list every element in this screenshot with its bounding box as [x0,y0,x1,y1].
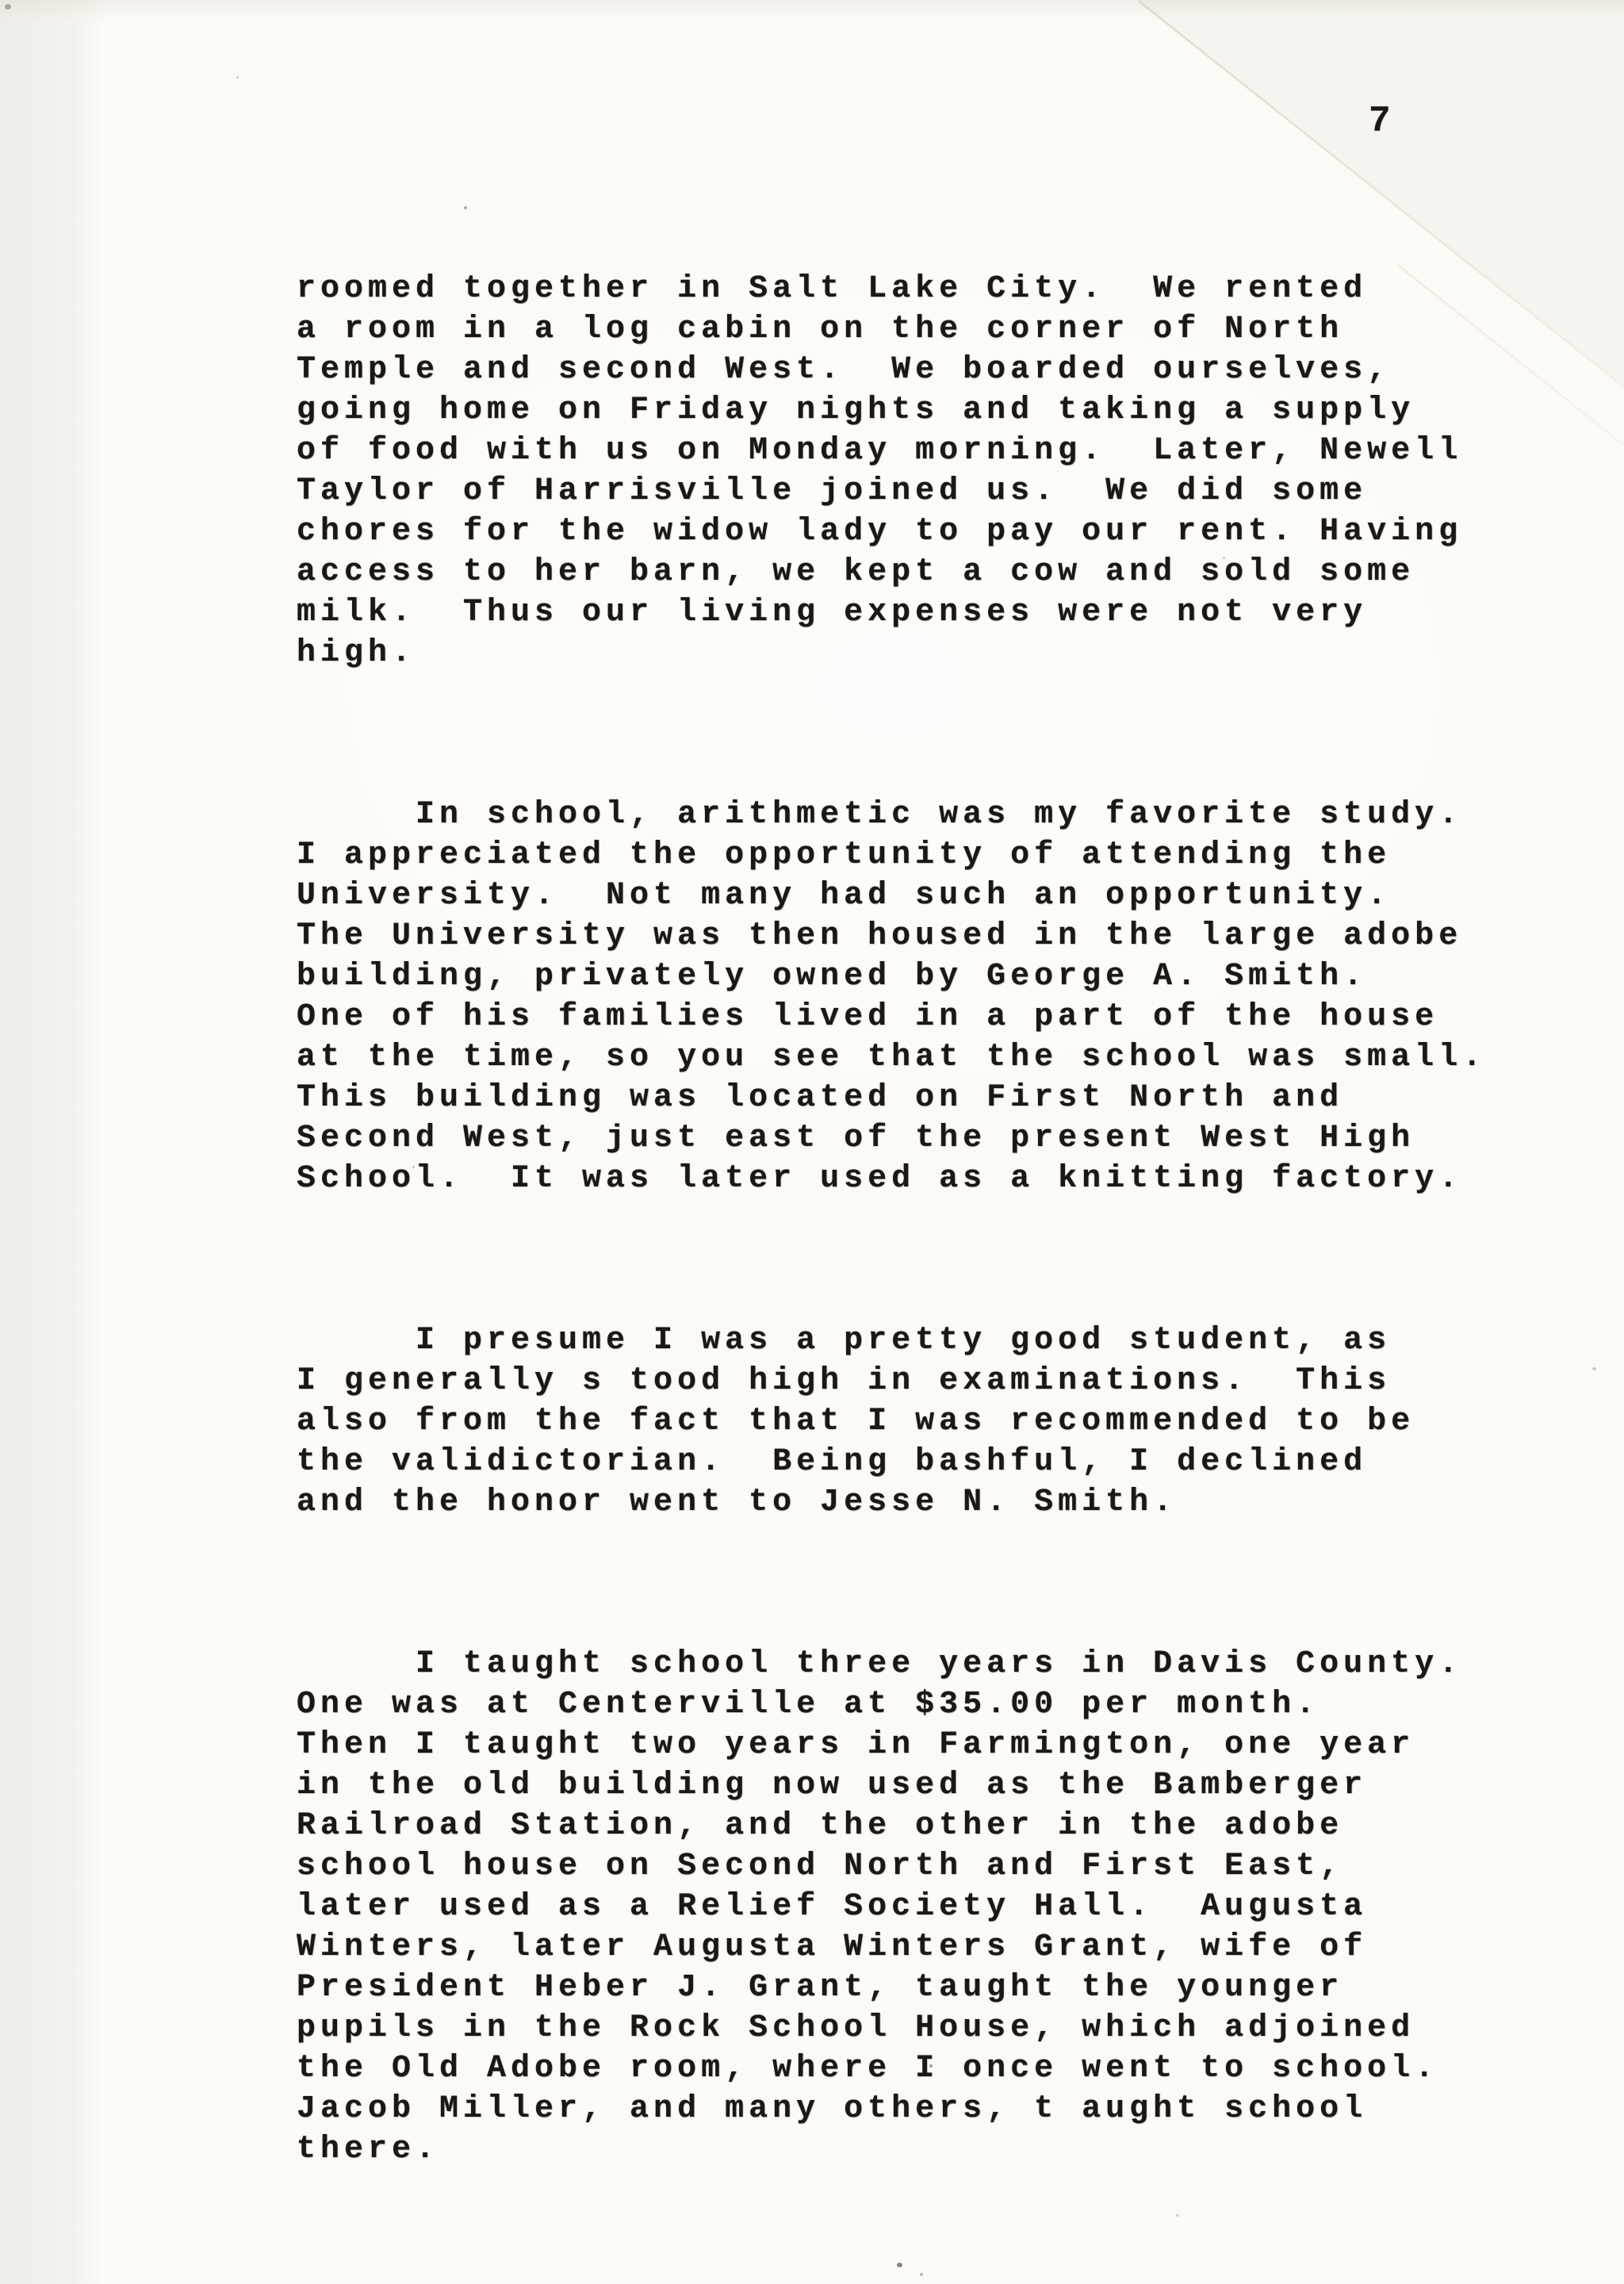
scan-speck [897,2263,902,2267]
typed-text-block: roomed together in Salt Lake City. We re… [297,188,1486,2251]
scan-speck [929,2064,933,2067]
scan-speck [5,4,11,10]
scan-speck [1592,1367,1596,1370]
scan-speck [412,1166,415,1168]
typed-paragraph: In school, arithmetic was my favorite st… [297,795,1486,1199]
scanner-edge-shadow [0,0,103,2284]
page-number: 7 [1369,103,1391,140]
scan-speck [236,76,239,79]
scan-speck [1176,2214,1179,2217]
scan-speck [464,206,467,209]
scan-speck [920,2273,923,2276]
typed-paragraph: I taught school three years in Davis Cou… [297,1644,1486,2170]
typed-paragraph: roomed together in Salt Lake City. We re… [297,269,1486,673]
scan-speck [1223,557,1225,559]
scanned-page: 7 roomed together in Salt Lake City. We … [0,0,1624,2284]
typed-paragraph: I presume I was a pretty good student, a… [297,1320,1486,1523]
